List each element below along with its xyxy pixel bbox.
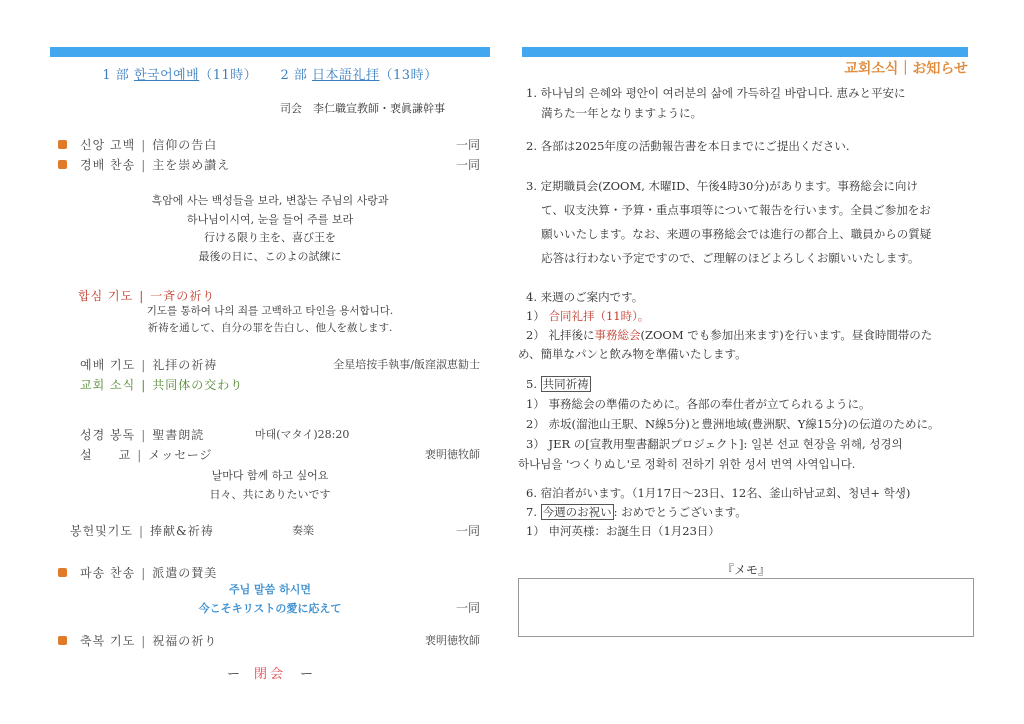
item-ja: 派遣の賛美 — [152, 566, 217, 580]
sermon-title-ja: 日々、共にありたいです — [50, 485, 490, 504]
notice-4: 4. 来週のご案内です。 1） 合同礼拝（11時）。 2） 礼拝後に事務総会(Z… — [526, 288, 974, 364]
sermon-title-ko: 날마다 함께 하고 싶어요 — [50, 466, 490, 485]
part1-time: （11時） — [199, 68, 257, 83]
notice-7: 7. 今週のお祝い: おめでとうございます。 1） 申河英様：お誕生日（1月23… — [526, 503, 974, 541]
item-prefix: 2） 礼拝後に — [526, 328, 594, 342]
notice-line: て、収支決算・予算・重点事項等について報告を行います。全員ご参加をお — [526, 198, 974, 222]
memo-box[interactable] — [518, 578, 974, 637]
item-leader: 全星培按手執事/飯窪淑恵勧士 — [333, 356, 480, 372]
dash: ー — [227, 667, 240, 682]
lyric-line: 最後の日に、このよの試練に — [50, 248, 490, 267]
item-ko: 교회 소식 — [80, 378, 135, 392]
order-item-benediction: 축복 기도|祝福の祈り 裵明徳牧師 — [50, 632, 480, 650]
notice-head: 4. 来週のご案内です。 — [526, 288, 974, 307]
host-line: 司会 李仁職宣教師・裵眞謙幹事 — [280, 100, 445, 116]
notice-4-item-2: 2） 礼拝後に事務総会(ZOOM でも参加出来ます)を行います。昼食時間帯のた — [526, 326, 974, 345]
item-ja: 主を崇め讃え — [152, 158, 230, 172]
item-text: (ZOOM でも参加出来ます)を行います。昼食時間帯のた — [640, 328, 932, 342]
order-item-confession: 신앙 고백|信仰の告白 一同 — [50, 136, 480, 154]
notice-line: 3. 定期職員会(ZOOM, 木曜ID、午後4時30分)があります。事務総会に向… — [526, 174, 974, 198]
boxed-heading: 今週のお祝い — [541, 504, 614, 520]
bullet-icon — [58, 160, 67, 169]
prayer-line: 기도를 통하여 나의 죄를 고백하고 타인을 용서합니다. — [50, 303, 490, 320]
item-leader: 一同 — [456, 136, 480, 153]
notice-6: 6. 宿泊者がいます。（1月17日～23日、12名、釜山하남교회、청년+ 학생) — [526, 484, 974, 503]
order-item-worship-prayer: 예배 기도|礼拝の祈祷 全星培按手執事/飯窪淑恵勧士 — [50, 356, 480, 374]
part2-name: 日本語礼拝 — [312, 68, 380, 83]
header-bar — [522, 47, 968, 57]
item-ja: 一斉の祈り — [150, 289, 215, 303]
offering-music: 奏楽 — [292, 522, 314, 538]
bullet-icon — [58, 636, 67, 645]
item-leader: 一同 — [456, 599, 480, 616]
sermon-title: 날마다 함께 하고 싶어요 日々、共にありたいです — [50, 466, 490, 504]
closing: ー閉会ー — [50, 663, 490, 682]
item-ko: 성경 봉독 — [80, 428, 135, 442]
prayer-line: 祈祷を通して、自分の罪を告白し、他人を赦します. — [50, 320, 490, 337]
notice-text: : おめでとうございます。 — [614, 505, 747, 519]
prayer-item: 2） 赤坂(溜池山王駅、N線5分)と豊洲地域(豊洲駅、Y線15分)の伝道のために… — [526, 414, 974, 434]
notice-line: 応答は行わない予定ですので、ご理解のほどよろしくお願いいたします。 — [526, 246, 974, 270]
lyric-line: 흑암에 사는 백성들을 보라, 변찮는 주님의 사랑과 — [50, 192, 490, 211]
item-ja: 共同体の交わり — [152, 378, 243, 392]
highlight: 合同礼拝（11時）。 — [548, 309, 649, 323]
notice-line: 願いいたします。なお、来週の事務総会では進行の都合上、職員からの質疑 — [526, 222, 974, 246]
notice-5: 5. 共同祈祷 1） 事務総会の準備のために。各部の奉仕者が立てられるように。 … — [526, 374, 974, 474]
item-ko: 설 교 — [80, 448, 131, 462]
lyric-line: 하나님이시여, 눈을 들어 주를 보라 — [50, 211, 490, 230]
item-ja: 礼拝の祈祷 — [152, 358, 217, 372]
header-bar — [50, 47, 490, 57]
memo-label: 『メモ』 — [518, 561, 974, 578]
item-ko: 합심 기도 — [78, 289, 133, 303]
birthday-item: 1） 申河英様：お誕生日（1月23日） — [526, 522, 974, 541]
closing-label: 閉会 — [254, 667, 286, 682]
highlight: 事務総会 — [594, 328, 640, 342]
hymn-line: 주님 말씀 하시면 — [50, 580, 490, 599]
prayer-item: 하나님을 'つくりぬし'로 정확히 전하기 위한 성서 번역 사역입니다. — [518, 454, 974, 474]
part1-name: 한국어예배 — [134, 68, 199, 83]
item-leader: 一同 — [456, 522, 480, 539]
service-title: 1 部 한국어예배（11時） 2 部 日本語礼拝（13時） — [50, 64, 490, 83]
praise-lyrics: 흑암에 사는 백성들을 보라, 변찮는 주님의 사랑과 하나님이시여, 눈을 들… — [50, 192, 490, 266]
notice-number: 7. — [526, 505, 541, 519]
item-prefix: 1） — [526, 309, 548, 323]
item-ja: 信仰の告白 — [152, 138, 217, 152]
sending-hymn-leader: 一同 — [50, 599, 480, 617]
item-ja: 聖書朗読 — [152, 428, 204, 442]
prayer-item: 3） JER の[宣教用聖書翻訳プロジェクト]: 일본 선교 현장을 위해, 성… — [526, 434, 974, 454]
part1-label: 1 部 — [102, 68, 134, 83]
lyric-line: 行ける限り主を、喜び王を — [50, 229, 490, 248]
bullet-icon — [58, 140, 67, 149]
notice-3: 3. 定期職員会(ZOOM, 木曜ID、午後4時30分)があります。事務総会に向… — [526, 174, 974, 270]
notice-number: 5. — [526, 377, 541, 391]
bullet-icon — [58, 568, 67, 577]
item-ja: メッセージ — [148, 448, 212, 462]
item-ja: 捧献&祈祷 — [150, 524, 214, 538]
item-leader: 裵明徳牧師 — [425, 632, 480, 648]
unison-prayer-text: 기도를 통하여 나의 죄를 고백하고 타인을 용서합니다. 祈祷を通して、自分の… — [50, 303, 490, 337]
item-ja: 祝福の祈り — [152, 634, 217, 648]
item-ko: 축복 기도 — [80, 634, 135, 648]
dash: ー — [300, 667, 313, 682]
item-leader: 一同 — [456, 156, 480, 173]
item-ko: 봉헌및기도 — [70, 524, 133, 538]
order-item-scripture: 성경 봉독|聖書朗読 마태(マタイ)28:20 — [50, 426, 480, 444]
item-ko: 파송 찬송 — [80, 566, 135, 580]
order-item-praise: 경배 찬송|主を崇め讃え 一同 — [50, 156, 480, 174]
item-ko: 경배 찬송 — [80, 158, 135, 172]
notice-1: 1. 하나님의 은혜와 평안이 여러분의 삶에 가득하길 바랍니다. 恵みと平安… — [526, 83, 974, 123]
item-leader: 裵明徳牧師 — [425, 446, 480, 462]
notice-line: 満ちた一年となりますように。 — [526, 103, 974, 123]
boxed-heading: 共同祈祷 — [541, 376, 591, 392]
item-ko: 예배 기도 — [80, 358, 135, 372]
order-item-offering: 봉헌및기도|捧献&祈祷 奏楽 一同 — [50, 522, 480, 540]
scripture-reference: 마태(マタイ)28:20 — [255, 426, 349, 442]
notice-line: 1. 하나님의 은혜와 평안이 여러분의 삶에 가득하길 바랍니다. 恵みと平安… — [526, 83, 974, 103]
announcements-title: 교회소식｜お知らせ — [844, 58, 968, 78]
notice-4-item-1: 1） 合同礼拝（11時）。 — [526, 307, 974, 326]
order-item-church-news: 교회 소식|共同体の交わり — [50, 376, 480, 394]
part2-label: 2 部 — [280, 68, 312, 83]
order-item-sermon: 설 교|メッセージ 裵明徳牧師 — [50, 446, 480, 464]
item-ko: 신앙 고백 — [80, 138, 135, 152]
item-text: め、簡単なパンと飲み物を準備いたします。 — [518, 345, 974, 364]
prayer-item: 1） 事務総会の準備のために。各部の奉仕者が立てられるように。 — [526, 394, 974, 414]
notice-2: 2. 各部は2025年度の活動報告書を本日までにご提出ください. — [526, 136, 974, 156]
part2-time: （13時） — [380, 68, 438, 83]
